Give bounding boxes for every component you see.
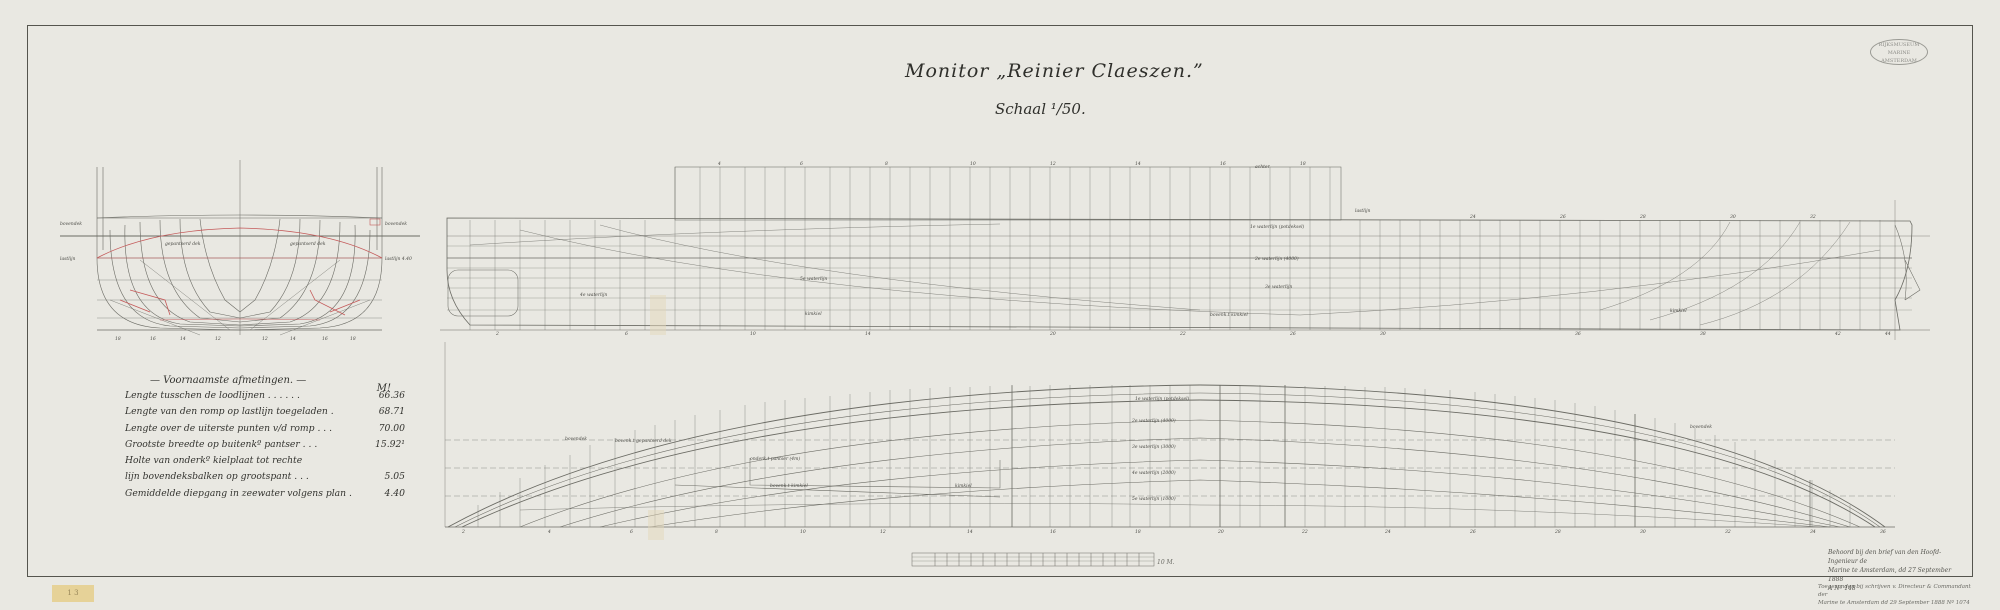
svg-text:18: 18	[350, 336, 356, 342]
svg-text:1e waterlijn (potdeksel): 1e waterlijn (potdeksel)	[1135, 395, 1190, 402]
dimension-row: lijn bovendeksbalken op grootspant . . .…	[125, 469, 405, 485]
svg-text:20: 20	[1049, 331, 1056, 337]
svg-text:30: 30	[1380, 331, 1386, 337]
svg-text:12: 12	[215, 336, 221, 342]
dimension-row: Lengte van den romp op lastlijn toegelad…	[125, 404, 405, 420]
svg-text:16: 16	[1220, 161, 1226, 167]
svg-text:bovenk.t kimkiel: bovenk.t kimkiel	[770, 483, 808, 489]
svg-text:12: 12	[262, 336, 268, 342]
svg-text:14: 14	[865, 331, 871, 337]
svg-text:3e waterlijn: 3e waterlijn	[1265, 284, 1292, 290]
svg-text:3e waterlijn (3000): 3e waterlijn (3000)	[1132, 443, 1176, 450]
svg-text:6: 6	[630, 529, 633, 535]
svg-text:28: 28	[1639, 214, 1646, 220]
svg-text:16: 16	[322, 336, 328, 342]
stain-mark	[650, 295, 666, 335]
svg-text:bovenk.t gepantserd dek: bovenk.t gepantserd dek	[615, 438, 672, 444]
half-breadth-stations	[478, 385, 1850, 527]
svg-text:5e waterlijn: 5e waterlijn	[800, 276, 827, 282]
svg-text:10: 10	[970, 161, 976, 167]
svg-text:42: 42	[1834, 331, 1841, 337]
svg-text:18: 18	[1135, 529, 1141, 535]
svg-text:14: 14	[967, 529, 973, 535]
svg-text:kimkiel: kimkiel	[955, 483, 972, 489]
body-plan-labels: bovendek bovendek lastlijn lastlijn 4.40…	[60, 221, 412, 342]
svg-text:20: 20	[1217, 529, 1224, 535]
svg-text:onderk.t pantser (4m): onderk.t pantser (4m)	[750, 455, 800, 462]
svg-text:6: 6	[800, 161, 803, 167]
svg-text:12: 12	[1050, 161, 1056, 167]
dimensions-table: — Voornaamste afmetingen. — M! Lengte tu…	[125, 375, 405, 502]
svg-text:26: 26	[1289, 331, 1296, 337]
svg-text:1e waterlijn (potdeksel): 1e waterlijn (potdeksel)	[1250, 223, 1305, 230]
svg-text:bovendek: bovendek	[60, 221, 82, 227]
sheer-plan-labels: 46 810 1214 1618 achter 2426 2830 32 1e …	[495, 161, 1891, 337]
half-breadth-labels: 1e waterlijn (potdeksel) 2e waterlijn (4…	[461, 395, 1886, 535]
svg-text:22: 22	[1179, 331, 1186, 337]
svg-text:bovenk.t kimkiel: bovenk.t kimkiel	[1210, 312, 1248, 318]
svg-text:gepantserd dek: gepantserd dek	[165, 241, 201, 247]
ship-plan-drawing: bovendek bovendek lastlijn lastlijn 4.40…	[0, 0, 2000, 610]
svg-text:bovendek: bovendek	[565, 436, 587, 442]
body-plan	[60, 160, 420, 335]
svg-text:18: 18	[1300, 161, 1306, 167]
svg-text:lastlijn 4.40: lastlijn 4.40	[385, 256, 412, 262]
dimension-row: Lengte over de uiterste punten v/d romp …	[125, 421, 405, 437]
svg-text:5e waterlijn (1000): 5e waterlijn (1000)	[1132, 495, 1176, 502]
svg-text:6: 6	[625, 331, 628, 337]
svg-text:30: 30	[1640, 529, 1646, 535]
svg-text:bovendek: bovendek	[1690, 424, 1712, 430]
svg-text:16: 16	[1050, 529, 1056, 535]
dimensions-unit: M!	[377, 383, 391, 394]
svg-text:8: 8	[715, 529, 718, 535]
svg-text:2: 2	[495, 331, 499, 337]
dimensions-heading: — Voornaamste afmetingen. —	[150, 375, 405, 386]
dimension-row: Gemiddelde diepgang in zeewater volgens …	[125, 486, 405, 502]
svg-text:34: 34	[1810, 529, 1816, 535]
svg-text:32: 32	[1725, 529, 1731, 535]
svg-text:lastlijn: lastlijn	[1355, 208, 1371, 214]
scale-bar-unit: 10 M.	[1157, 558, 1187, 568]
archive-label: 1 3	[52, 585, 94, 602]
svg-text:4: 4	[547, 529, 551, 535]
svg-text:22: 22	[1301, 529, 1308, 535]
svg-text:4e waterlijn (2000): 4e waterlijn (2000)	[1131, 469, 1176, 476]
svg-text:36: 36	[1575, 331, 1581, 337]
svg-text:2: 2	[461, 529, 465, 535]
scale-bar	[912, 553, 1154, 566]
svg-text:4e waterlijn: 4e waterlijn	[579, 292, 607, 298]
svg-text:44: 44	[1884, 331, 1891, 337]
dimension-row: Lengte tusschen de loodlijnen . . . . . …	[125, 388, 405, 404]
svg-text:achter: achter	[1255, 164, 1271, 170]
svg-text:14: 14	[1135, 161, 1141, 167]
svg-text:2e waterlijn (4000): 2e waterlijn (4000)	[1131, 417, 1176, 424]
svg-text:14: 14	[290, 336, 296, 342]
svg-text:10: 10	[750, 331, 756, 337]
svg-text:36: 36	[1880, 529, 1886, 535]
svg-text:32: 32	[1810, 214, 1816, 220]
sheer-plan-stations	[470, 167, 1880, 330]
svg-text:12: 12	[880, 529, 886, 535]
svg-text:bovendek: bovendek	[385, 221, 407, 227]
svg-text:8: 8	[885, 161, 888, 167]
svg-text:kimkiel: kimkiel	[1670, 308, 1687, 314]
svg-text:4: 4	[717, 161, 721, 167]
svg-text:28: 28	[1554, 529, 1561, 535]
svg-text:gepantserd dek: gepantserd dek	[290, 241, 326, 247]
svg-text:30: 30	[1730, 214, 1736, 220]
stain-mark	[648, 510, 664, 540]
archive-note: Toegezonden bij schrijven v. Directeur &…	[1818, 583, 1978, 607]
svg-text:26: 26	[1559, 214, 1566, 220]
svg-text:18: 18	[115, 336, 121, 342]
svg-text:kimkiel: kimkiel	[805, 311, 822, 317]
svg-text:lastlijn: lastlijn	[60, 256, 76, 262]
body-plan-red-lines	[97, 219, 382, 320]
dimension-row: Holte van onderkº kielplaat tot rechte	[125, 453, 405, 469]
dimension-row: Grootste breedte op buitenkº pantser . .…	[125, 437, 405, 453]
svg-text:24: 24	[1469, 214, 1476, 220]
svg-text:26: 26	[1469, 529, 1476, 535]
svg-text:14: 14	[180, 336, 186, 342]
svg-text:16: 16	[150, 336, 156, 342]
svg-text:38: 38	[1700, 331, 1706, 337]
svg-text:2e waterlijn (4000): 2e waterlijn (4000)	[1254, 255, 1299, 262]
svg-text:24: 24	[1384, 529, 1391, 535]
svg-text:10: 10	[800, 529, 806, 535]
